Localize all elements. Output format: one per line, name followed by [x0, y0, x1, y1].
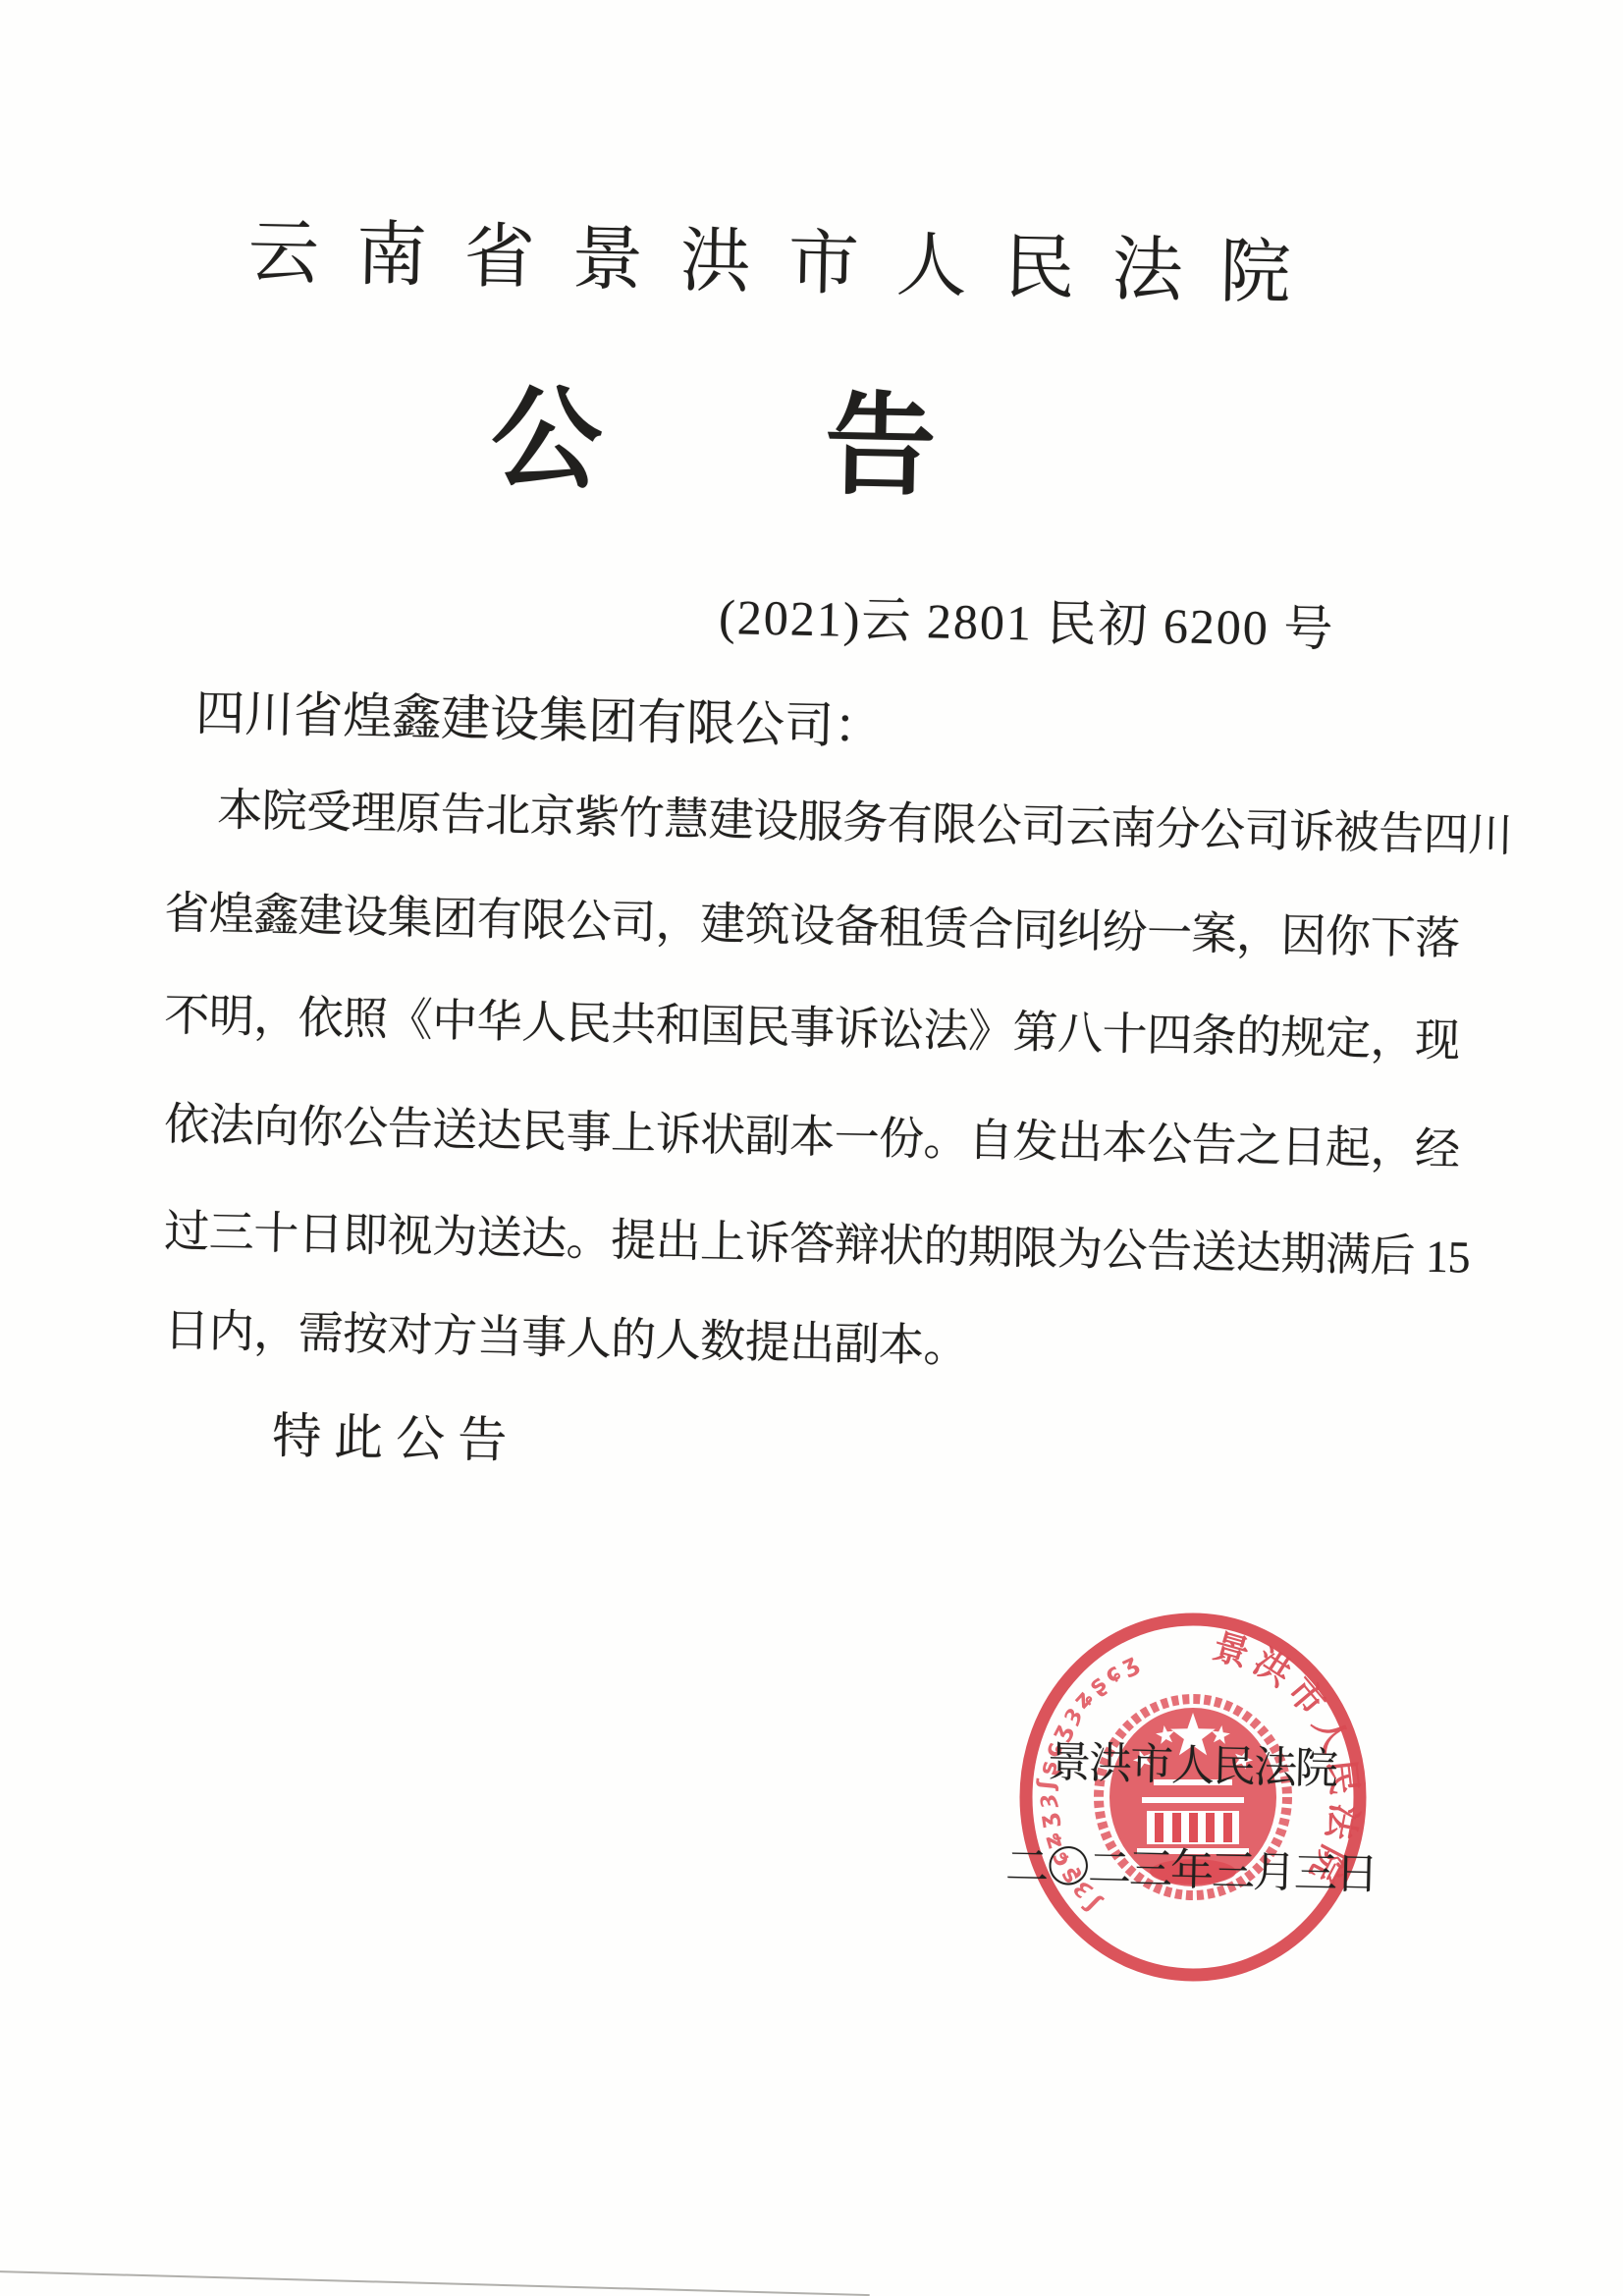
body-line: 日内，需按对方当事人的人数提出副本。 [164, 1294, 969, 1375]
body-line: 省煌鑫建设集团有限公司，建筑设备租赁合同纠纷一案，因你下落 [164, 877, 1461, 967]
addressee-line: 四川省煌鑫建设集团有限公司： [195, 674, 884, 758]
doc-type-char-gao: 告 [824, 356, 938, 518]
court-seal: 景洪市人民法院 ʃȝʂɕʑʒȝʃʂɕʒȝʑʂɕʒ [1011, 1611, 1375, 1989]
document-type-heading: 公 告 [490, 350, 938, 518]
scan-artifact-line [0, 2270, 870, 2296]
case-number: (2021)云 2801 民初 6200 号 [719, 577, 1336, 661]
body-line: 依法向你公告送达民事上诉状副本一份。自发出本公告之日起，经 [164, 1088, 1461, 1178]
body-line: 过三十日即视为送达。提出上诉答辩状的期限为公告送达期满后 15 [164, 1195, 1471, 1286]
scanned-court-announcement-page: 云南省景洪市人民法院 公 告 (2021)云 2801 民初 6200 号 四川… [0, 0, 1623, 2296]
closing-line: 特此公告 [272, 1396, 520, 1472]
signature-court-name: 景洪市人民法院 [1047, 1726, 1336, 1796]
court-title: 云南省景洪市人民法院 [247, 194, 1329, 318]
body-line: 本院受理原告北京紫竹慧建设服务有限公司云南分公司诉被告四川 [164, 773, 1514, 865]
signature-date: 二〇二三年三月三日 [1005, 1831, 1378, 1902]
body-line: 不明，依照《中华人民共和国民事诉讼法》第八十四条的规定，现 [164, 979, 1461, 1069]
doc-type-char-gong: 公 [490, 350, 604, 511]
